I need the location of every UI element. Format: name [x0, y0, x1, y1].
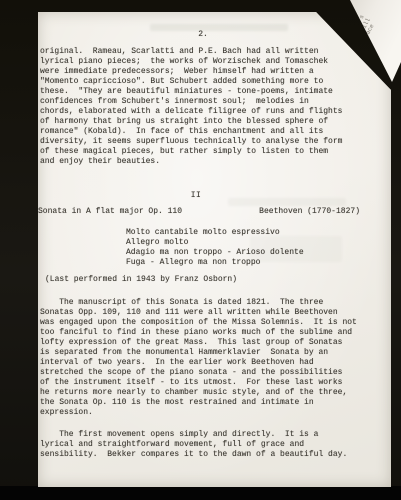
paragraph-schubert: original. Rameau, Scarlatti and P.E. Bac…	[40, 47, 342, 167]
fold-showthrough-text: The sstillrace	[352, 14, 378, 39]
scan-background: 2. original. Rameau, Scarlatti and P.E. …	[0, 0, 401, 500]
composer-name: Beethoven (1770-1827)	[259, 207, 360, 217]
section-heading: II	[38, 191, 354, 201]
work-title: Sonata in A flat major Op. 110	[38, 207, 182, 217]
page-number: 2.	[38, 30, 368, 40]
movement-list: Molto cantabile molto espressivoAllegro …	[126, 228, 304, 268]
paragraph-first-movement: The first movement opens simply and dire…	[40, 430, 347, 460]
last-performed-note: (Last performed in 1943 by Franz Osborn)	[45, 275, 237, 285]
work-header: Sonata in A flat major Op. 110 Beethoven…	[38, 207, 360, 217]
scan-bottom-band	[0, 486, 401, 500]
document-page: 2. original. Rameau, Scarlatti and P.E. …	[38, 12, 391, 487]
paragraph-manuscript: The manuscript of this Sonata is dated 1…	[40, 298, 357, 418]
